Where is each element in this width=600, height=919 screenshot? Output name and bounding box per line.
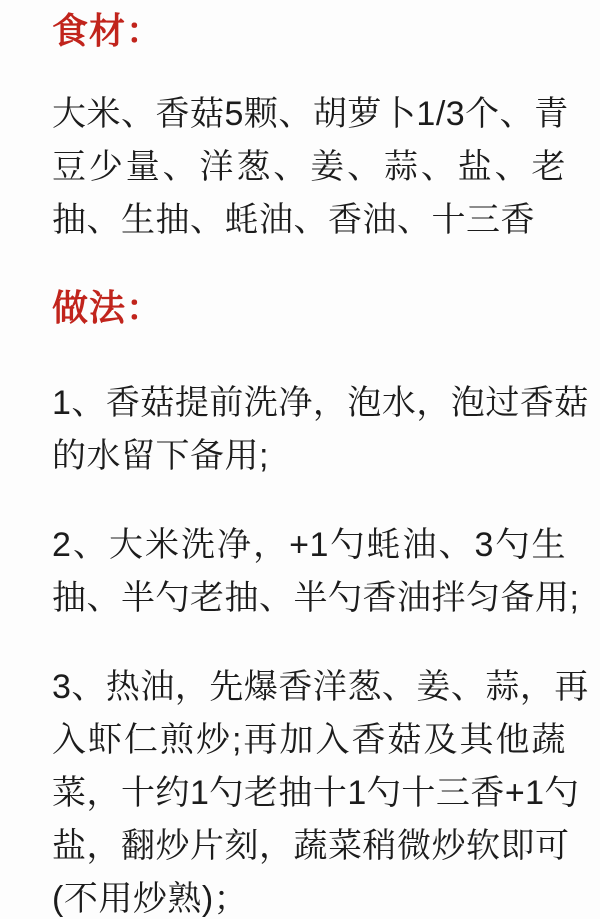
step-2-line: 抽、半勺老抽、半勺香油拌匀备用; [52,572,566,625]
step-1-line: 的水留下备用; [52,430,566,483]
step-1: 1、香菇提前洗净，泡水，泡过香菇 的水留下备用; [52,377,566,483]
step-3-line: (不用炒熟)； [52,873,566,919]
step-1-line: 1、香菇提前洗净，泡水，泡过香菇 [52,377,566,430]
step-3: 3、热油，先爆香洋葱、姜、蒜，再 入虾仁煎炒;再加入香菇及其他蔬 菜，十约1勺老… [52,661,566,919]
step-3-line: 入虾仁煎炒;再加入香菇及其他蔬 [52,714,566,767]
step-2: 2、大米洗净，+1勺蚝油、3勺生 抽、半勺老抽、半勺香油拌匀备用; [52,519,566,625]
ingredients-text: 大米、香菇5颗、胡萝卜1/3个、青 豆少量、洋葱、姜、蒜、盐、老 抽、生抽、蚝油… [52,88,566,247]
step-3-line: 3、热油，先爆香洋葱、姜、蒜，再 [52,661,566,714]
recipe-card: 食材： 大米、香菇5颗、胡萝卜1/3个、青 豆少量、洋葱、姜、蒜、盐、老 抽、生… [0,0,600,919]
ingredients-line: 抽、生抽、蚝油、香油、十三香 [52,194,566,247]
step-3-line: 菜，十约1勺老抽十1勺十三香+1勺 [52,767,566,820]
ingredients-heading: 食材： [52,6,566,56]
ingredients-line: 大米、香菇5颗、胡萝卜1/3个、青 [52,88,566,141]
ingredients-line: 豆少量、洋葱、姜、蒜、盐、老 [52,141,566,194]
step-3-line: 盐，翻炒片刻，蔬菜稍微炒软即可 [52,820,566,873]
method-heading: 做法： [52,283,566,333]
step-2-line: 2、大米洗净，+1勺蚝油、3勺生 [52,519,566,572]
